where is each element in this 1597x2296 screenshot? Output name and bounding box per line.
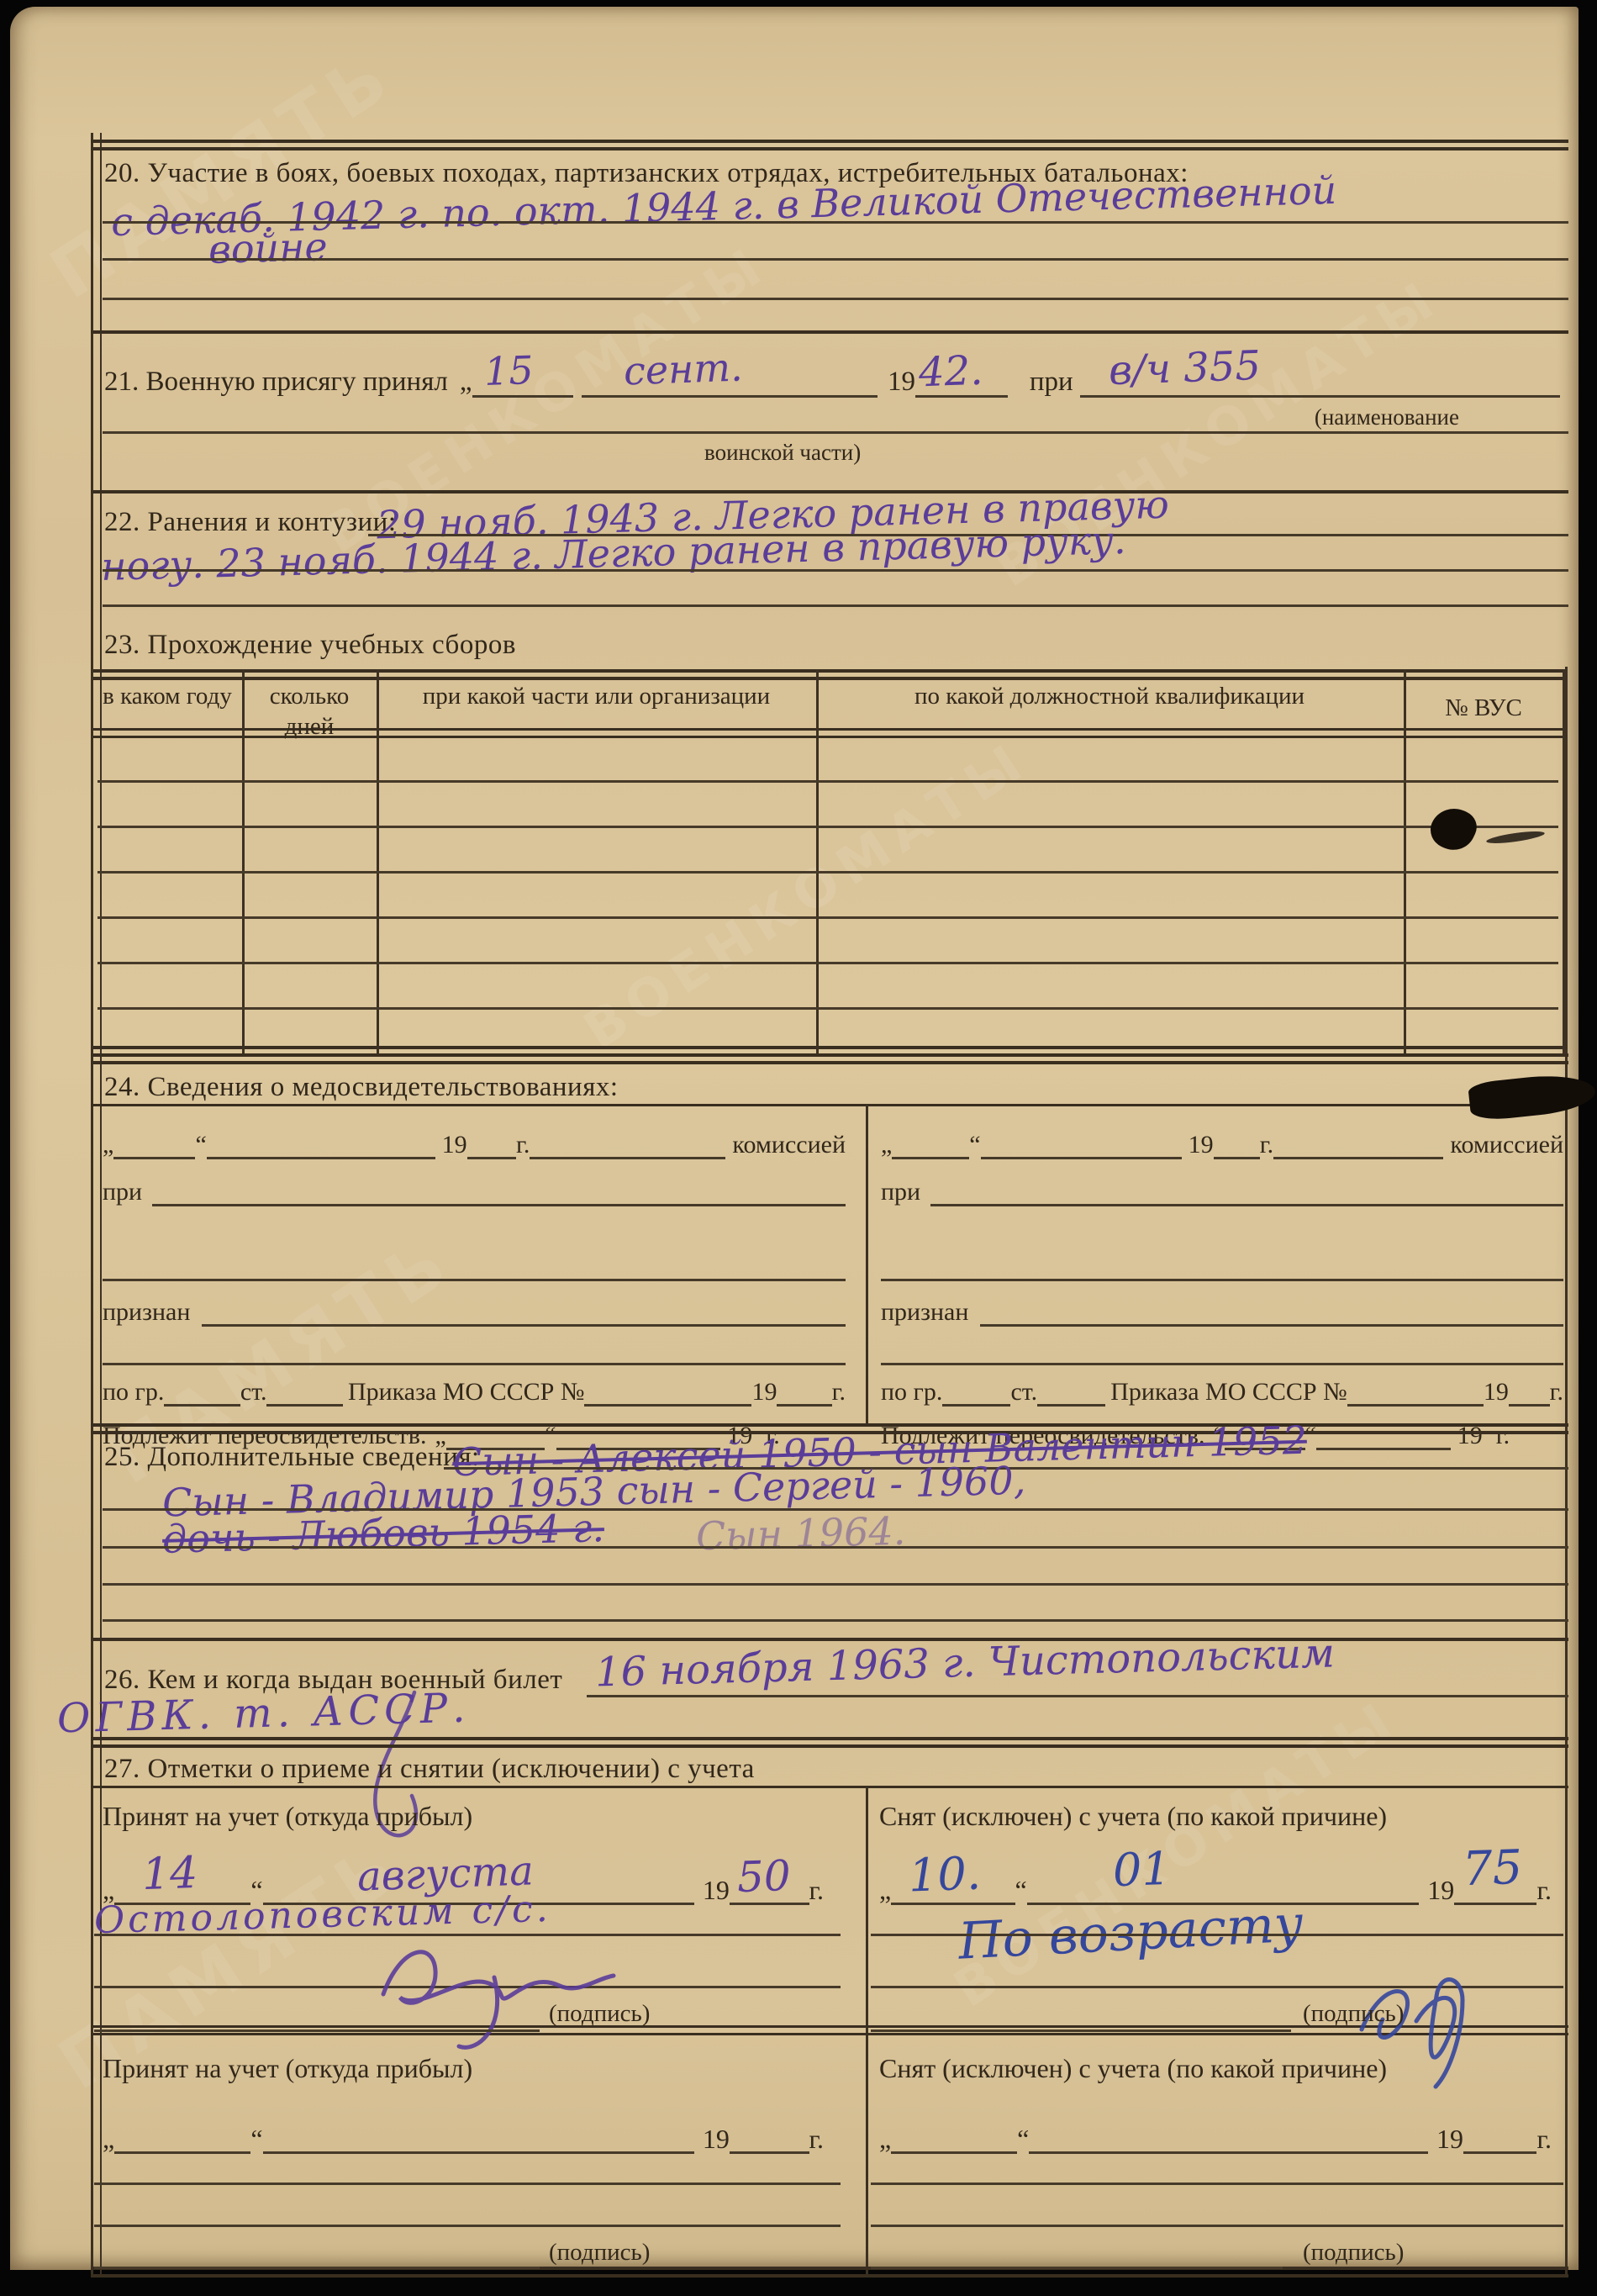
- hw-day: 15: [483, 347, 534, 394]
- medical-right-column: „ “ 19 г. комиссией при признан: [866, 1104, 1568, 1423]
- st-label: ст.: [240, 1380, 267, 1407]
- caption-voinskoy-chasti: воинской части): [704, 440, 861, 466]
- blank-line: [94, 2267, 540, 2269]
- table-top-border: [91, 669, 1565, 673]
- section-21: 21. Военную присягу принял „ 15 сент. 19…: [91, 330, 1568, 490]
- hw-day: 10.: [908, 1847, 982, 1903]
- section-26: 26. Кем и когда выдан военный билет 16 н…: [91, 1638, 1568, 1737]
- open-quote: „: [103, 1132, 113, 1159]
- g-label: г.: [832, 1380, 846, 1407]
- blank-line: [94, 2183, 841, 2185]
- blank-line: [103, 604, 1568, 607]
- rule: [91, 1053, 1568, 1057]
- printed-19: 19: [751, 1380, 777, 1407]
- blank-line: [871, 2267, 1283, 2269]
- section-20-handwriting-2: войне: [208, 224, 328, 272]
- printed-19: 19: [888, 368, 915, 398]
- table-border: [1563, 669, 1565, 1053]
- blank-line: [103, 1619, 1568, 1622]
- pri-label: при: [881, 1180, 920, 1206]
- day-blank: [114, 2143, 250, 2154]
- removed-label: Снят (исключен) с учета (по какой причин…: [879, 1801, 1387, 1832]
- num-blank: [1347, 1396, 1484, 1407]
- gr-blank: [942, 1396, 1010, 1407]
- month-blank: [1029, 2143, 1428, 2154]
- blank-line: [103, 258, 1568, 261]
- g-label: г.: [1260, 1132, 1273, 1159]
- blank-line: [871, 2029, 1291, 2032]
- month-blank: [207, 1148, 435, 1159]
- gr-blank: [164, 1396, 240, 1407]
- year-blank: [777, 1396, 831, 1407]
- printed-19: 19: [1484, 1380, 1509, 1407]
- section-22-label: 22. Ранения и контузии:: [104, 507, 397, 538]
- section-25: 25. Дополнительные сведения: Сын - Алекс…: [91, 1423, 1568, 1638]
- prikaz-label: Приказа МО СССР №: [348, 1380, 585, 1407]
- close-quote: “: [250, 2125, 262, 2154]
- accepted-label: Принят на учет (откуда прибыл): [103, 1801, 472, 1832]
- podpis-caption: (подпись): [1303, 2239, 1404, 2267]
- printed-19: 19: [703, 1876, 730, 1905]
- day-blank: 10.: [891, 1894, 1015, 1905]
- year-blank: [1214, 1148, 1260, 1159]
- blank-line: [103, 431, 1568, 434]
- blank-line: [881, 1363, 1563, 1365]
- hw-year: 50: [736, 1851, 792, 1902]
- g-label: г.: [1536, 1876, 1552, 1905]
- pri-blank: [152, 1196, 846, 1206]
- rule: [91, 140, 1568, 143]
- g-label: г.: [809, 1876, 825, 1905]
- pri-label: при: [103, 1180, 142, 1206]
- caption-naimenovanie: (наименование: [1315, 404, 1459, 430]
- removed-block-1: Снят (исключен) с учета (по какой причин…: [866, 1786, 1568, 2025]
- medical-left-column: „ “ 19 г. комиссией при признан: [91, 1104, 866, 1423]
- table-border: [91, 669, 93, 1053]
- st-blank: [266, 1396, 342, 1407]
- col-header-days: сколько дней: [245, 681, 373, 742]
- open-quote: „: [460, 368, 472, 398]
- open-quote: „: [881, 1132, 892, 1159]
- open-quote: „: [879, 1876, 891, 1905]
- podpis-caption: (подпись): [549, 2239, 650, 2267]
- paper-sheet: ПАМЯТЬ ВОЕНКОМАТЫ ВОЕНКОМАТЫ ВОЕНКОМАТЫ …: [10, 7, 1579, 2270]
- accepted-block-1: Принят на учет (откуда прибыл) „ 14 “ ав…: [91, 1786, 866, 2025]
- rule: [91, 1423, 1568, 1427]
- col-header-vus: № ВУС: [1407, 693, 1560, 723]
- rule: [91, 1737, 1568, 1740]
- year-blank: 75: [1454, 1894, 1536, 1905]
- scanned-document: ПАМЯТЬ ВОЕНКОМАТЫ ВОЕНКОМАТЫ ВОЕНКОМАТЫ …: [0, 0, 1597, 2296]
- blank-line: [103, 569, 1568, 572]
- year-blank: [1463, 2143, 1536, 2154]
- blank-line: [881, 1279, 1563, 1281]
- year-blank: 50: [730, 1894, 809, 1905]
- day-blank: [113, 1148, 195, 1159]
- prikaz-label: Приказа МО СССР №: [1110, 1380, 1347, 1407]
- g-label: г.: [1536, 2125, 1552, 2154]
- col-header-year: в каком году: [94, 681, 240, 711]
- section-23: 23. Прохождение учебных сборов в каком г…: [91, 623, 1568, 1053]
- removed-label: Снят (исключен) с учета (по какой причин…: [879, 2053, 1387, 2084]
- paper-tear: [1468, 1070, 1597, 1122]
- form-area: 20. Участие в боях, боевых походах, парт…: [91, 133, 1568, 2275]
- hw-day: 14: [141, 1848, 198, 1900]
- col-header-qualification: по какой должностной квалификации: [820, 681, 1399, 711]
- num-blank: [584, 1396, 751, 1407]
- section-27: 27. Отметки о приеме и снятии (исключени…: [91, 1737, 1568, 2275]
- commission-label: комиссией: [732, 1132, 846, 1159]
- commission-blank: [1273, 1148, 1443, 1159]
- accepted-block-2: Принят на учет (откуда прибыл) „ “ 19 г.…: [91, 2033, 866, 2267]
- open-quote: „: [879, 2125, 891, 2154]
- st-label: ст.: [1010, 1380, 1037, 1407]
- section-22: 22. Ранения и контузии: 29 нояб. 1943 г.…: [91, 490, 1568, 623]
- commission-blank: [530, 1148, 725, 1159]
- unit-blank: в/ч 355: [1080, 387, 1560, 398]
- blank-line: [871, 1934, 1563, 1936]
- table-bottom-border: [91, 1046, 1565, 1049]
- day-blank: 15: [472, 387, 574, 398]
- year-blank: [467, 1148, 516, 1159]
- section-24: 24. Сведения о медосвидетельствованиях: …: [91, 1053, 1568, 1423]
- blank-line: [103, 1546, 1568, 1549]
- podpis-caption: (подпись): [1303, 2000, 1404, 2028]
- po-gr-label: по гр.: [103, 1380, 164, 1407]
- table-blank-rows: [98, 737, 1558, 1027]
- hw-year: 75: [1462, 1840, 1523, 1897]
- day-blank: [892, 1148, 969, 1159]
- blank-line: [103, 1583, 1568, 1586]
- pri-label: при: [1030, 368, 1073, 398]
- commission-label: комиссией: [1450, 1132, 1563, 1159]
- hw-month: сент.: [623, 345, 743, 394]
- blank-line: [94, 2225, 841, 2227]
- blank-line: [587, 1695, 1568, 1697]
- hw-unit: в/ч 355: [1108, 342, 1262, 394]
- section-20: 20. Участие в боях, боевых походах, парт…: [91, 140, 1568, 330]
- rule: [91, 330, 1568, 334]
- hw-year: 42.: [918, 347, 983, 397]
- pri-blank: [930, 1196, 1563, 1206]
- training-table: в каком году сколько дней при какой част…: [91, 669, 1565, 1053]
- g-label: г.: [1550, 1380, 1563, 1407]
- accepted-label: Принят на учет (откуда прибыл): [103, 2053, 472, 2084]
- close-quote: “: [1015, 1876, 1027, 1905]
- priznan-label: признан: [881, 1300, 968, 1327]
- printed-19: 19: [1189, 1132, 1214, 1159]
- priznan-blank: [980, 1316, 1563, 1327]
- blank-line: [871, 2183, 1563, 2185]
- printed-19: 19: [1436, 2125, 1463, 2154]
- priznan-blank: [202, 1316, 846, 1327]
- section-25-handwriting-faded-3: Сын 1964.: [695, 1508, 906, 1560]
- podpis-caption: (подпись): [549, 2000, 650, 2028]
- open-quote: „: [103, 2125, 114, 2154]
- year-blank: [730, 2143, 809, 2154]
- close-quote: “: [195, 1132, 206, 1159]
- blank-line: [103, 1363, 846, 1365]
- section-21-label: 21. Военную присягу принял: [104, 368, 448, 398]
- blank-line: [94, 2029, 540, 2032]
- printed-19: 19: [703, 2125, 730, 2154]
- section-24-label: 24. Сведения о медосвидетельствованиях:: [104, 1072, 619, 1103]
- close-quote: “: [969, 1132, 980, 1159]
- g-label: г.: [809, 2125, 825, 2154]
- hw-month: 01: [1112, 1842, 1172, 1897]
- year-blank: [1509, 1396, 1550, 1407]
- priznan-label: признан: [103, 1300, 190, 1327]
- st-blank: [1037, 1396, 1105, 1407]
- hw-reason: По возрасту: [957, 1894, 1304, 1971]
- printed-19: 19: [442, 1132, 467, 1159]
- col-header-unit: при какой части или организации: [380, 681, 813, 711]
- month-blank: [981, 1148, 1182, 1159]
- blank-line: [103, 298, 1568, 300]
- close-quote: “: [1017, 2125, 1029, 2154]
- printed-19: 19: [1427, 1876, 1454, 1905]
- year-blank: 42.: [915, 387, 1008, 398]
- section-27-label: 27. Отметки о приеме и снятии (исключени…: [104, 1754, 755, 1785]
- month-blank: сент.: [582, 387, 878, 398]
- section-25-label: 25. Дополнительные сведения:: [104, 1442, 480, 1473]
- rule: [91, 1638, 1568, 1641]
- g-label: г.: [516, 1132, 530, 1159]
- blank-line: [871, 2225, 1563, 2227]
- section-23-label: 23. Прохождение учебных сборов: [104, 630, 516, 661]
- po-gr-label: по гр.: [881, 1380, 942, 1407]
- month-blank: [263, 2143, 694, 2154]
- removed-block-2: Снят (исключен) с учета (по какой причин…: [866, 2033, 1568, 2267]
- day-blank: [891, 2143, 1017, 2154]
- blank-line: [103, 1279, 846, 1281]
